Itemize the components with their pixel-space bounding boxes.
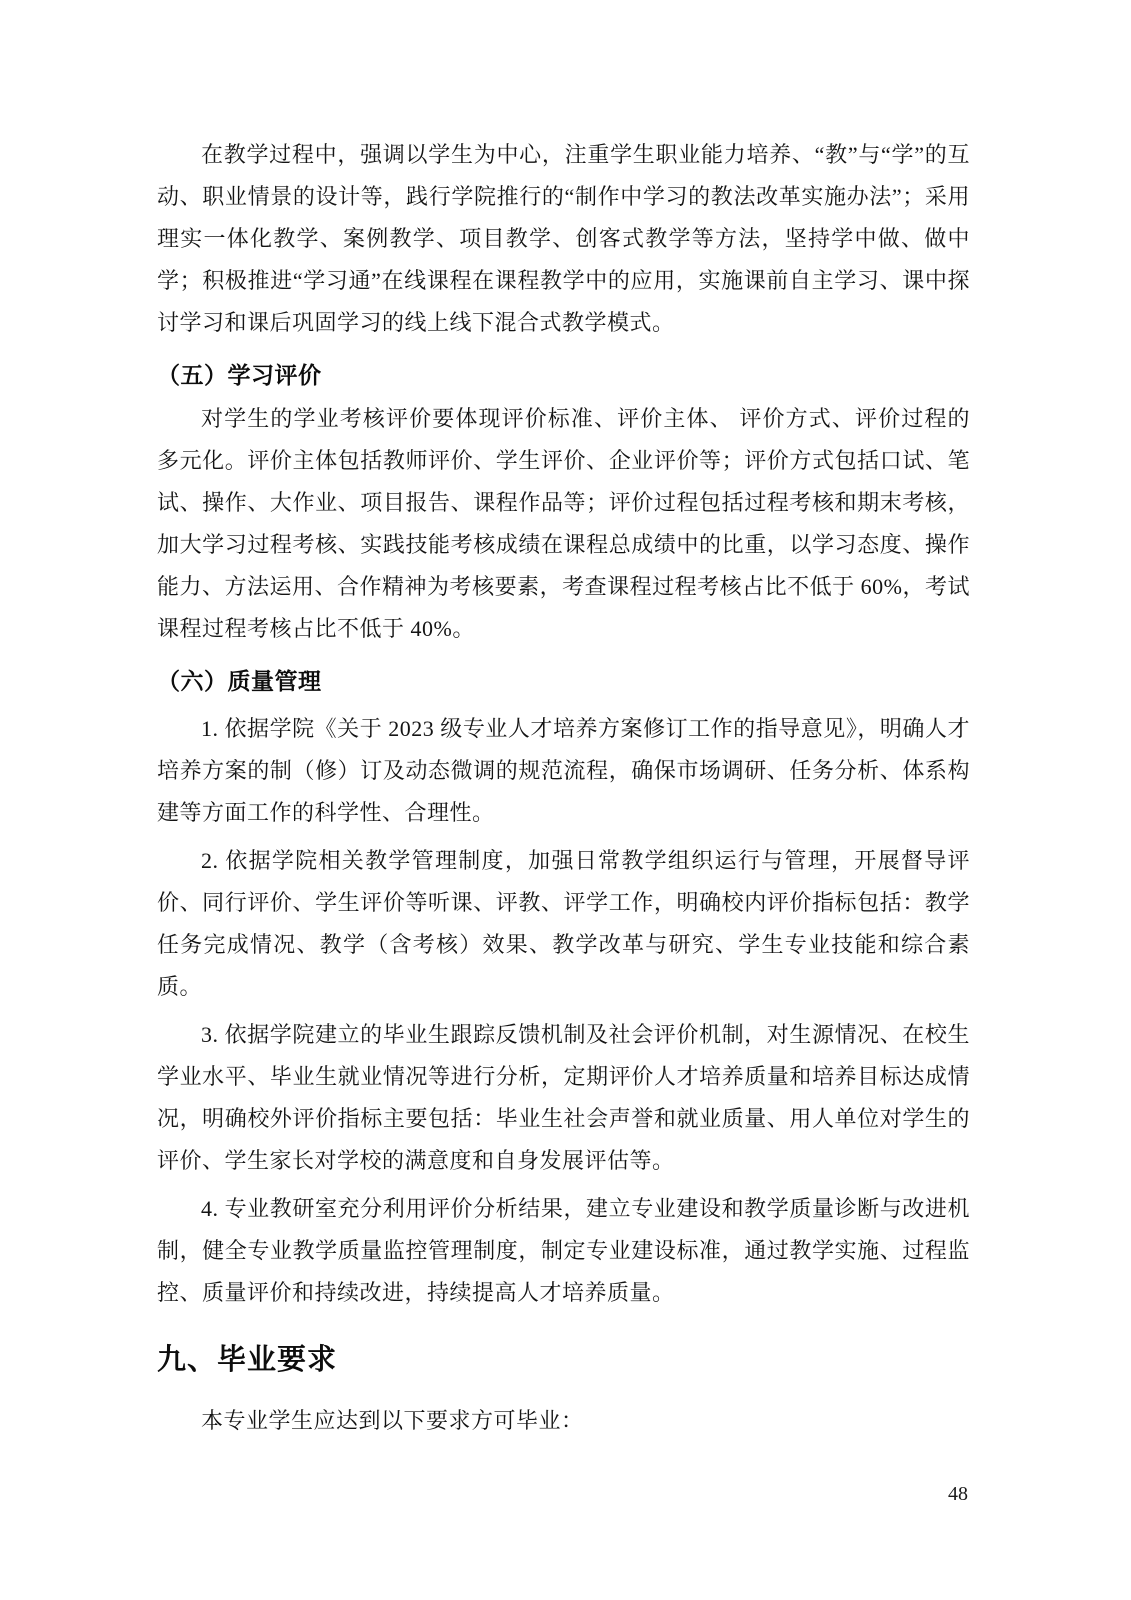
section-heading-learning-evaluation: （五）学习评价 — [157, 354, 970, 396]
paragraph-quality-item-2: 2. 依据学院相关教学管理制度，加强日常教学组织运行与管理，开展督导评价、同行评… — [157, 840, 970, 1008]
paragraph-quality-item-1: 1. 依据学院《关于 2023 级专业人才培养方案修订工作的指导意见》，明确人才… — [157, 708, 970, 834]
document-content: 在教学过程中，强调以学生为中心，注重学生职业能力培养、“教”与“学”的互动、职业… — [157, 134, 970, 1442]
paragraph-quality-item-3: 3. 依据学院建立的毕业生跟踪反馈机制及社会评价机制，对生源情况、在校生学业水平… — [157, 1014, 970, 1182]
paragraph-quality-item-4: 4. 专业教研室充分利用评价分析结果，建立专业建设和教学质量诊断与改进机制，健全… — [157, 1188, 970, 1314]
chapter-heading-graduation-requirements: 九、毕业要求 — [157, 1330, 970, 1390]
page-number: 48 — [948, 1482, 968, 1506]
paragraph-learning-evaluation: 对学生的学业考核评价要体现评价标准、评价主体、 评价方式、评价过程的多元化。评价… — [157, 398, 970, 650]
document-page: 在教学过程中，强调以学生为中心，注重学生职业能力培养、“教”与“学”的互动、职业… — [0, 0, 1131, 1600]
paragraph-teaching-process: 在教学过程中，强调以学生为中心，注重学生职业能力培养、“教”与“学”的互动、职业… — [157, 134, 970, 344]
section-heading-quality-management: （六）质量管理 — [157, 660, 970, 702]
paragraph-graduation-intro: 本专业学生应达到以下要求方可毕业： — [157, 1400, 970, 1442]
